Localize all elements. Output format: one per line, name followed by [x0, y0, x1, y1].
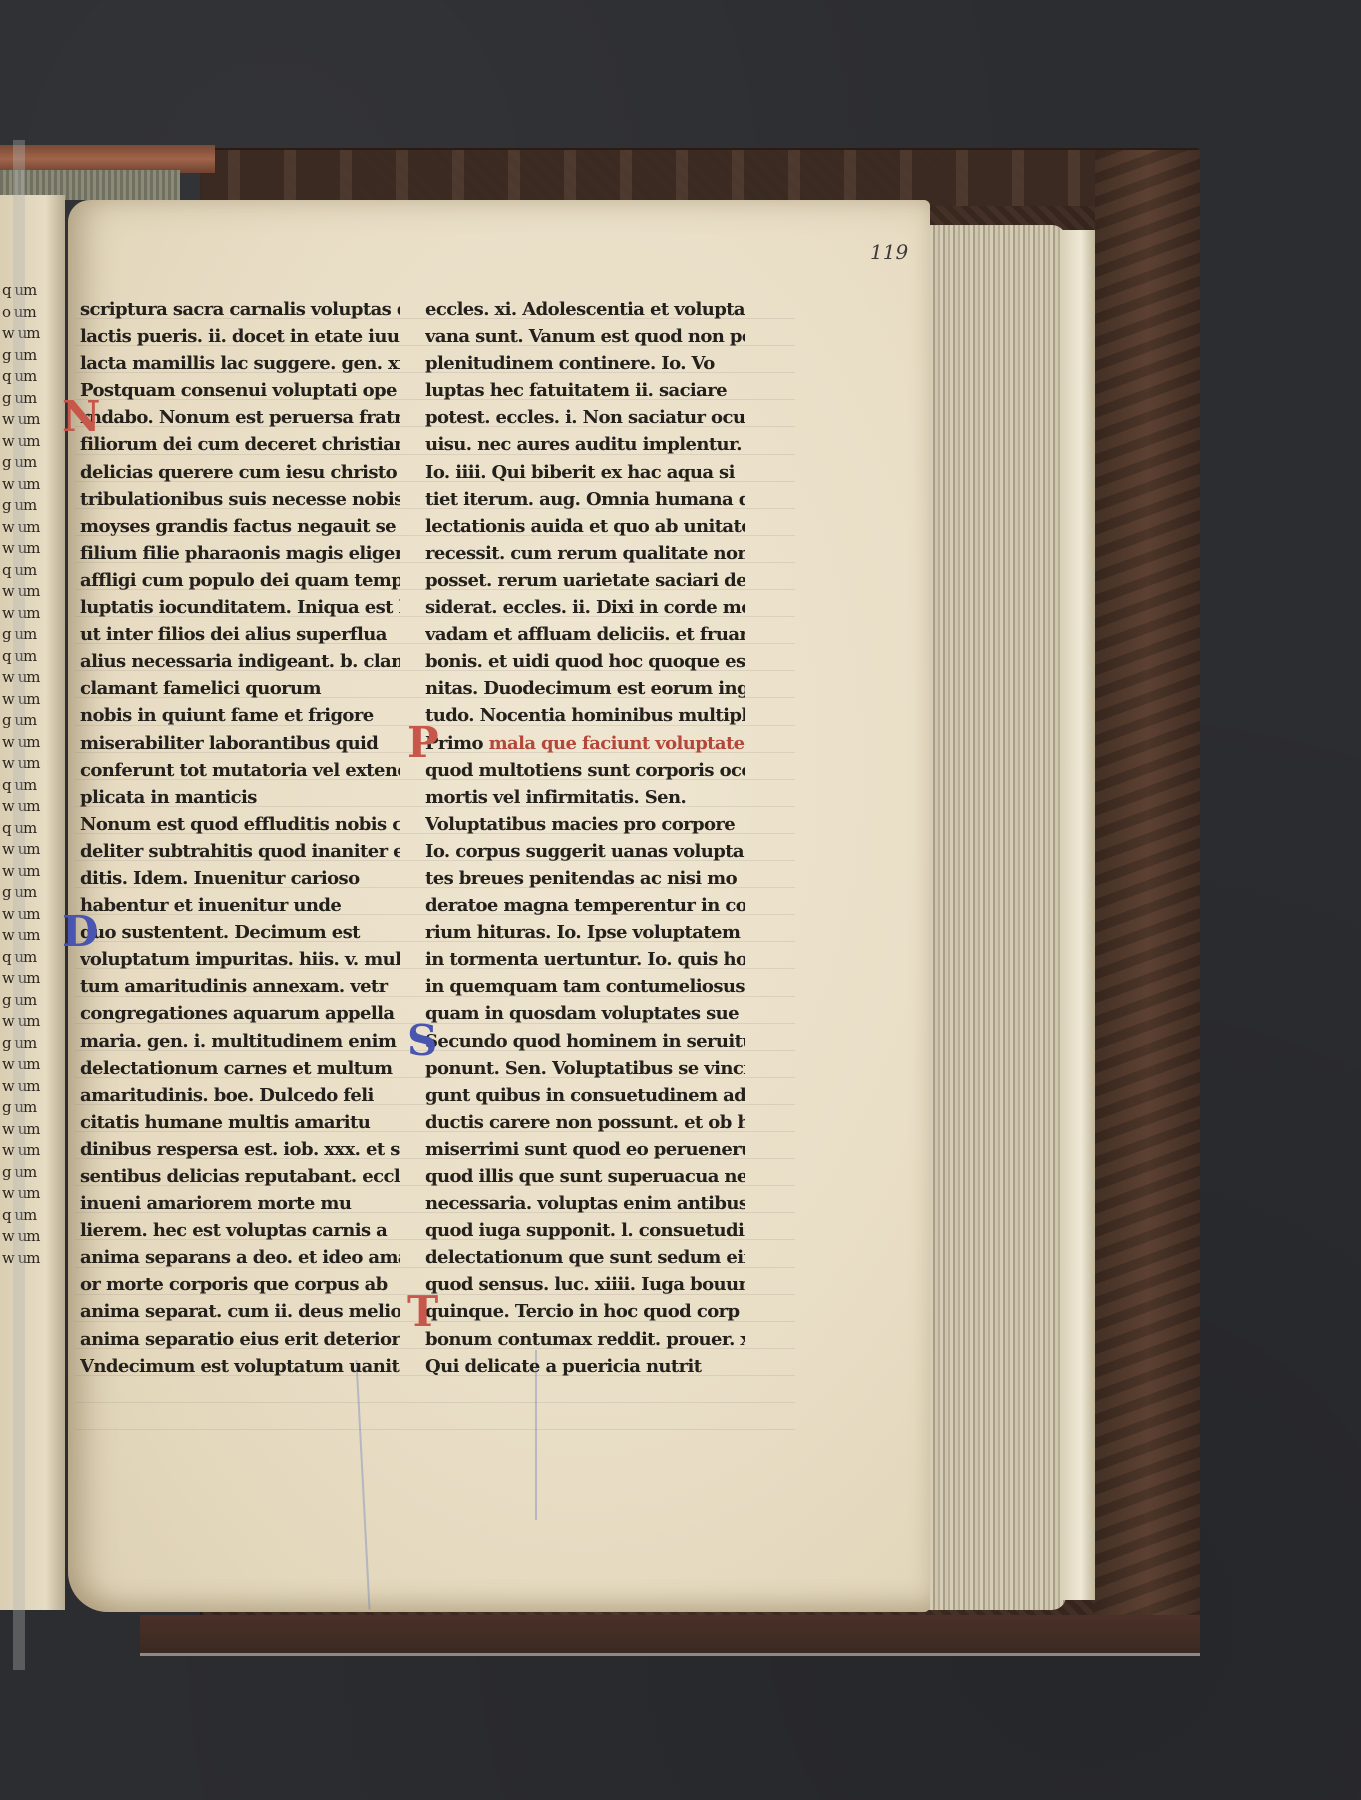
tooled-border-right: [1095, 150, 1200, 1652]
verso-fragment: g um: [2, 882, 62, 904]
tooled-border-bottom: [140, 1615, 1200, 1656]
text-line: luptatis iocunditatem. Iniqua est hec: [80, 594, 400, 621]
verso-fragment: w um: [2, 1140, 62, 1162]
text-line: quinque. Tercio in hoc quod corp: [425, 1298, 745, 1325]
text-line: necessaria. voluptas enim antibus se in: [425, 1190, 745, 1217]
tooled-border-top: [200, 150, 1200, 206]
text-line: deratoe magna temperentur in contra: [425, 892, 745, 919]
text-line: posset. rerum uarietate saciari de: [425, 567, 745, 594]
text-line: anima separat. cum ii. deus melior: [80, 1298, 400, 1325]
text-line: mortis vel infirmitatis. Sen.: [425, 784, 745, 811]
decorated-initial-blue: D: [62, 911, 98, 953]
verso-fragment: w um: [2, 474, 62, 496]
verso-fragment: w um: [2, 1076, 62, 1098]
text-line: quod multotiens sunt corporis occasio: [425, 757, 745, 784]
endleaf: [1060, 230, 1095, 1600]
verso-fragment: w um: [2, 861, 62, 883]
verso-fragment: w um: [2, 1119, 62, 1141]
verso-fragment: w um: [2, 409, 62, 431]
text-line: Io. corpus suggerit uanas volupta: [425, 838, 745, 865]
verso-fragment: q um: [2, 560, 62, 582]
text-line: vadam et affluam deliciis. et fruar: [425, 621, 745, 648]
verso-fragment: q um: [2, 280, 62, 302]
text-column-a: scriptura sacra carnalis voluptas qplact…: [80, 296, 400, 1380]
text-line: in quemquam tam contumeliosus fuit: [425, 973, 745, 1000]
verso-fragment: g um: [2, 624, 62, 646]
text-line: Primo mala que faciunt voluptates: [425, 730, 745, 757]
text-line: inueni amariorem morte mu: [80, 1190, 400, 1217]
text-line: anima separatio eius erit deterior.: [80, 1326, 400, 1353]
text-line: quod illis que sunt superuacua necesse: [425, 1163, 745, 1190]
text-line: lactis pueris. ii. docet in etate iuueni…: [80, 323, 400, 350]
text-line: delectationum carnes et multum: [80, 1055, 400, 1082]
text-line: Secundo quod hominem in seruitutem: [425, 1028, 745, 1055]
text-line: congregationes aquarum appella: [80, 1000, 400, 1027]
text-line: amaritudinis. boe. Dulcedo feli: [80, 1082, 400, 1109]
verso-fragment: w um: [2, 1011, 62, 1033]
decorated-initial-red: P: [407, 722, 438, 764]
text-line: lectationis auida et quo ab unitate: [425, 513, 745, 540]
text-line: tudo. Nocentia hominibus multiplicis.: [425, 702, 745, 729]
text-line: bonum contumax reddit. prouer. xxix.: [425, 1326, 745, 1353]
verso-fragment: w um: [2, 1183, 62, 1205]
text-line: conferunt tot mutatoria vel extende: [80, 757, 400, 784]
text-line: habentur et inuenitur unde: [80, 892, 400, 919]
text-line: maria. gen. i. multitudinem enim: [80, 1028, 400, 1055]
text-line: plicata in manticis: [80, 784, 400, 811]
verso-fragment: g um: [2, 990, 62, 1012]
text-line: quo sustentent. Decimum est: [80, 919, 400, 946]
text-line: quod iuga supponit. l. consuetudines: [425, 1217, 745, 1244]
verso-fragment: w um: [2, 839, 62, 861]
text-line: Nonum est quod effluditis nobis cru: [80, 811, 400, 838]
text-line: tum amaritudinis annexam. vetr: [80, 973, 400, 1000]
text-line: delectationum que sunt sedum ein: [425, 1244, 745, 1271]
text-line: lierem. hec est voluptas carnis a: [80, 1217, 400, 1244]
verso-fragment: g um: [2, 1033, 62, 1055]
text-line: quod sensus. luc. xiiii. Iuga bouum emi: [425, 1271, 745, 1298]
verso-fragment: w um: [2, 517, 62, 539]
text-line: vana sunt. Vanum est quod non potest: [425, 323, 745, 350]
verso-fragment: q um: [2, 947, 62, 969]
verso-fragment: g um: [2, 452, 62, 474]
text-line: potest. eccles. i. Non saciatur oculus: [425, 404, 745, 431]
text-line: ditis. Idem. Inuenitur carioso: [80, 865, 400, 892]
text-line: moyses grandis factus negauit se: [80, 513, 400, 540]
verso-fragment: g um: [2, 1162, 62, 1184]
verso-fragment: w um: [2, 796, 62, 818]
text-line: nobis in quiunt fame et frigore: [80, 702, 400, 729]
text-line: miserabiliter laborantibus quid: [80, 730, 400, 757]
gutter-strap: [13, 140, 25, 1670]
verso-fragment: q um: [2, 366, 62, 388]
verso-fragment: w um: [2, 581, 62, 603]
verso-fragment: w um: [2, 1054, 62, 1076]
ruling-line: [75, 1402, 795, 1403]
text-line: scriptura sacra carnalis voluptas qp: [80, 296, 400, 323]
text-line: miserrimi sunt quod eo peruenerunt: [425, 1136, 745, 1163]
text-line: voluptatum impuritas. hiis. v. mul: [80, 946, 400, 973]
text-line: gunt quibus in consuetudinem ad: [425, 1082, 745, 1109]
verso-fragment: w um: [2, 1248, 62, 1270]
verso-fragment: w um: [2, 538, 62, 560]
text-line: affligi cum populo dei quam temporales u…: [80, 567, 400, 594]
text-line: rndabo. Nonum est peruersa fratrum: [80, 404, 400, 431]
text-line: dinibus respersa est. iob. xxx. et sub: [80, 1136, 400, 1163]
text-line: sentibus delicias reputabant. eccl.: [80, 1163, 400, 1190]
text-line: ductis carere non possunt. et ob hoc: [425, 1109, 745, 1136]
text-line: plenitudinem continere. Io. Vo: [425, 350, 745, 377]
text-line: bonis. et uidi quod hoc quoque esset va: [425, 648, 745, 675]
text-line: tribulationibus suis necesse nobis hebr.…: [80, 486, 400, 513]
text-line: quam in quosdam voluptates sue fuerunt.: [425, 1000, 745, 1027]
text-line: anima separans a deo. et ideo amari: [80, 1244, 400, 1271]
verso-fragment: g um: [2, 495, 62, 517]
text-line: filiorum dei cum deceret christianum: [80, 431, 400, 458]
folio-number: 119: [870, 240, 908, 264]
verso-fragment: w um: [2, 689, 62, 711]
text-line: recessit. cum rerum qualitate non: [425, 540, 745, 567]
verso-fragment: q um: [2, 775, 62, 797]
decorated-initial-red: N: [62, 396, 100, 438]
text-line: Qui delicate a puericia nutrit: [425, 1353, 745, 1380]
rubric-text: mala que faciunt voluptates: [489, 733, 745, 754]
text-line: citatis humane multis amaritu: [80, 1109, 400, 1136]
text-line: clamant famelici quorum: [80, 675, 400, 702]
verso-fragment: w um: [2, 732, 62, 754]
verso-fragment: q um: [2, 646, 62, 668]
text-line: in tormenta uertuntur. Io. quis hostis: [425, 946, 745, 973]
text-column-b: eccles. xi. Adolescentia et voluptavana …: [425, 296, 745, 1380]
text-line: uisu. nec aures auditu implentur.: [425, 431, 745, 458]
text-line: lacta mamillis lac suggere. gen. xi: [80, 350, 400, 377]
verso-page-edge: q umo umw umg umq umg umw umw umg umw um…: [0, 195, 65, 1610]
verso-fragment: w um: [2, 667, 62, 689]
page-block-fore-edge: [918, 225, 1066, 1610]
text-line: eccles. xi. Adolescentia et volupta: [425, 296, 745, 323]
text-line: ponunt. Sen. Voluptatibus se vinci: [425, 1055, 745, 1082]
text-line: rium hituras. Io. Ipse voluptatem: [425, 919, 745, 946]
decorated-initial-blue: S: [407, 1020, 437, 1062]
verso-fragment: o um: [2, 302, 62, 324]
verso-fragment: q um: [2, 818, 62, 840]
decorated-initial-red: T: [407, 1291, 438, 1333]
text-line: Postquam consenui voluptati ope: [80, 377, 400, 404]
spine-leather-strip: [0, 145, 215, 173]
text-line: ut inter filios dei alius superflua: [80, 621, 400, 648]
text-line: or morte corporis que corpus ab: [80, 1271, 400, 1298]
verso-fragment: g um: [2, 1097, 62, 1119]
verso-fragment: w um: [2, 1226, 62, 1248]
verso-fragment: w um: [2, 431, 62, 453]
text-line: tiet iterum. aug. Omnia humana de: [425, 486, 745, 513]
text-line: delicias querere cum iesu christo in tot: [80, 459, 400, 486]
verso-fragment: w um: [2, 603, 62, 625]
verso-fragment: g um: [2, 345, 62, 367]
text-line: Vndecimum est voluptatum uanitas.: [80, 1353, 400, 1380]
verso-fragment: w um: [2, 753, 62, 775]
verso-fragment: w um: [2, 904, 62, 926]
text-line: alius necessaria indigeant. b. clamant: [80, 648, 400, 675]
text-line: tes breues penitendas ac nisi mo: [425, 865, 745, 892]
verso-fragment: g um: [2, 388, 62, 410]
text-line: Voluptatibus macies pro corpore: [425, 811, 745, 838]
text-line: siderat. eccles. ii. Dixi in corde meo.: [425, 594, 745, 621]
verso-fragment: g um: [2, 710, 62, 732]
verso-fragment: w um: [2, 968, 62, 990]
text-line: Io. iiii. Qui biberit ex hac aqua si: [425, 459, 745, 486]
text-line: deliter subtrahitis quod inaniter expen: [80, 838, 400, 865]
text-line: nitas. Duodecimum est eorum ingrati: [425, 675, 745, 702]
verso-fragment: q um: [2, 1205, 62, 1227]
ruling-line: [75, 1429, 795, 1430]
verso-fragment: w um: [2, 925, 62, 947]
text-line: filium filie pharaonis magis eligens: [80, 540, 400, 567]
text-line: luptas hec fatuitatem ii. saciare: [425, 377, 745, 404]
verso-text-fragments: q umo umw umg umq umg umw umw umg umw um…: [2, 280, 62, 1269]
verso-fragment: w um: [2, 323, 62, 345]
